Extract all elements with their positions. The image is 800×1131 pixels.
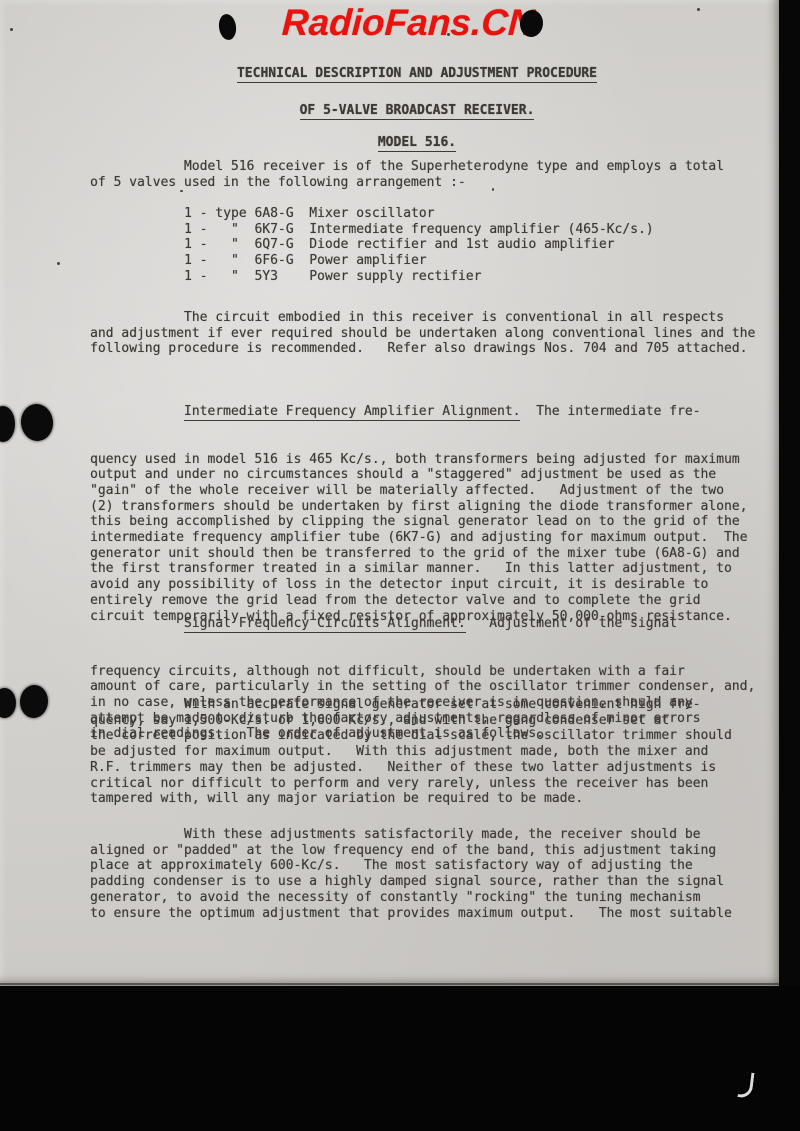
section-heading-sf: Signal Frequency Circuits Alignment. [184,616,466,633]
text-line: padding condenser is to use a highly dam… [90,874,779,890]
text-line: 1 - " 6K7-G Intermediate frequency ampli… [184,222,779,238]
text-line: amount of care, particularly in the sett… [90,679,779,695]
text-line: output and under no circumstances should… [90,467,779,483]
text-line: critical nor difficult to perform and ve… [90,776,779,792]
text-line: this being accomplished by clipping the … [90,514,779,530]
scan-border-right [779,0,800,1131]
text-line: be adjusted for maximum output. With thi… [90,744,779,760]
text-line: 1 - type 6A8-G Mixer oscillator [184,206,779,222]
text-line: generator, to avoid the necessity of con… [90,890,779,906]
punch-hole [19,402,55,442]
doc-model-text: MODEL 516. [378,135,456,152]
text-line: With these adjustments satisfactorily ma… [90,827,779,843]
text-line: the first transformer treated in a simil… [90,561,779,577]
doc-title-line-3: MODEL 516. [54,135,779,150]
text-line: tampered with, will any major variation … [90,791,779,807]
section-heading-if: Intermediate Frequency Amplifier Alignme… [184,404,521,421]
generator-paragraph: With an accurate signal generator set at… [90,697,779,807]
scanned-document-page: RadioFans.CN TECHNICAL DESCRIPTION AND A… [0,0,800,1131]
ink-dot-left [217,13,237,41]
text-line: 1 - " 5Y3 Power supply rectifier [184,269,779,285]
intro-paragraph: Model 516 receiver is of the Superhetero… [90,159,779,190]
section-heading-rest: The intermediate fre- [520,404,700,419]
circuit-paragraph: The circuit embodied in this receiver is… [90,310,779,357]
text-line: intermediate frequency amplifier tube (6… [90,530,779,546]
indent [90,616,184,631]
text-line: 1 - " 6Q7-G Diode rectifier and 1st audi… [184,237,779,253]
text-line: quency used in model 516 is 465 Kc/s., b… [90,452,779,468]
watermark-text: RadioFans.CN [281,2,536,44]
section-heading-line: Signal Frequency Circuits Alignment. Adj… [90,616,779,632]
valve-list: 1 - type 6A8-G Mixer oscillator1 - " 6K7… [184,206,779,285]
paper-speck [697,8,700,11]
text-line: frequency circuits, although not difficu… [90,664,779,680]
text-line: (2) transformers should be undertaken by… [90,499,779,515]
punch-hole [0,406,15,442]
section-heading-rest: Adjustment of the signal [466,616,677,631]
text-line: 1 - " 6F6-G Power amplifier [184,253,779,269]
text-line: generator unit should then be transferre… [90,546,779,562]
text-line: place at approximately 600-Kc/s. The mos… [90,858,779,874]
paper-speck [447,33,450,36]
text-line: aligned or "padded" at the low frequency… [90,843,779,859]
paper-bottom-edge [0,983,779,985]
scan-border-bottom [0,986,800,1131]
text-line: R.F. trimmers may then be adjusted. Neit… [90,760,779,776]
text-line: following procedure is recommended. Refe… [90,341,779,357]
padding-paragraph: With these adjustments satisfactorily ma… [90,827,779,921]
punch-hole [19,684,50,719]
text-line: With an accurate signal generator set at… [90,697,779,713]
indent [90,404,184,419]
text-line: to ensure the optimum adjustment that pr… [90,906,779,922]
text-line: of 5 valves used in the following arrang… [90,175,779,191]
doc-title-line-2: OF 5-VALVE BROADCAST RECEIVER. [54,103,779,118]
paper-sheet: RadioFans.CN TECHNICAL DESCRIPTION AND A… [0,0,779,986]
text-line: quency, say 1,500-Kc/s. or 1,600 Kc/s., … [90,713,779,729]
text-line: the correct position as indicated by the… [90,728,779,744]
doc-title-text: TECHNICAL DESCRIPTION AND ADJUSTMENT PRO… [237,66,597,83]
doc-title-line-1: TECHNICAL DESCRIPTION AND ADJUSTMENT PRO… [54,66,779,81]
paper-speck [57,262,60,265]
text-line: and adjustment if ever required should b… [90,326,779,342]
doc-subtitle-text: OF 5-VALVE BROADCAST RECEIVER. [300,103,535,120]
text-line: Model 516 receiver is of the Superhetero… [90,159,779,175]
text-line: The circuit embodied in this receiver is… [90,310,779,326]
text-line: "gain" of the whole receiver will be mat… [90,483,779,499]
section-heading-line: Intermediate Frequency Amplifier Alignme… [90,404,779,420]
paper-speck [10,28,13,31]
punch-hole [0,688,16,718]
